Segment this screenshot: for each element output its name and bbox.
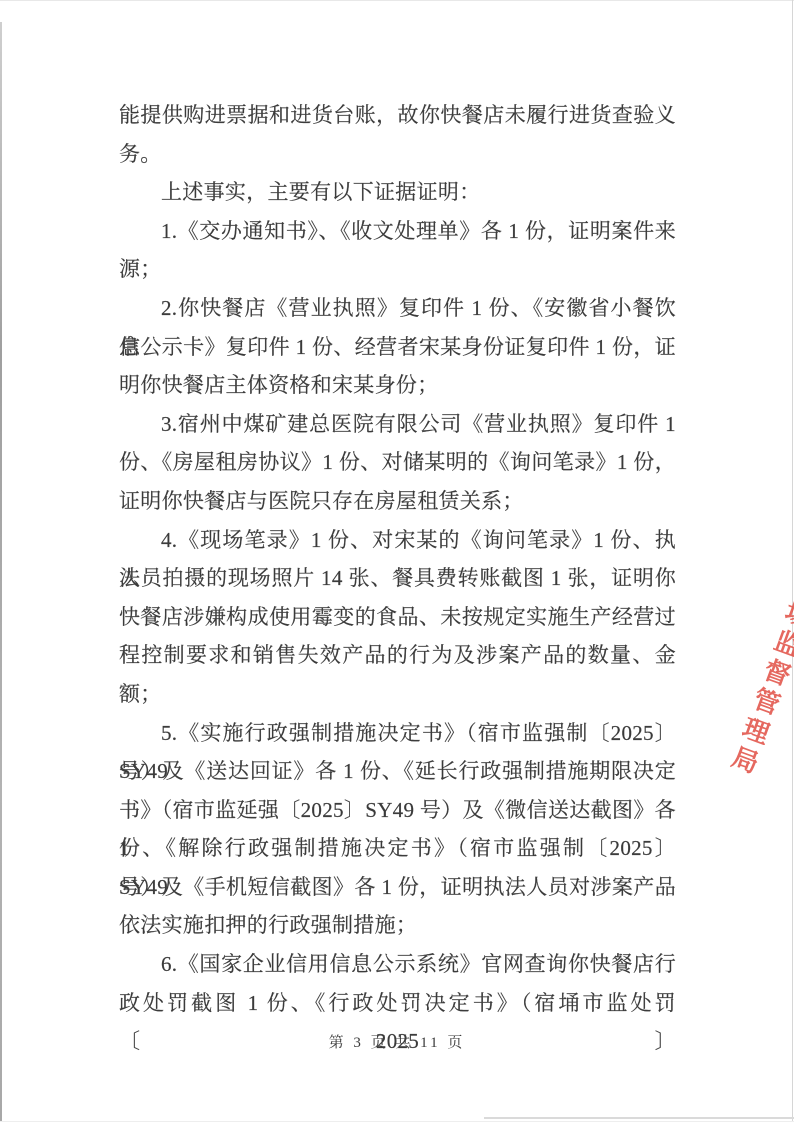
text-line: 5.《实施行政强制措施决定书》（宿市监强制〔2025〕SY49 — [119, 714, 676, 753]
text-line: 书》（宿市监延强〔2025〕SY49 号）及《微信送达截图》各 1 — [119, 791, 676, 830]
text-line: 份、《房屋租房协议》1 份、对储某明的《询问笔录》1 份， — [119, 443, 676, 482]
document-body: 能提供购进票据和进货台账，故你快餐店未履行进货查验义务。上述事实，主要有以下证据… — [119, 96, 676, 1022]
scan-edge-bottom — [484, 1117, 794, 1119]
text-line: 证明你快餐店与医院只存在房屋租赁关系； — [119, 482, 676, 521]
scan-edge-right — [792, 0, 793, 1122]
text-line: 快餐店涉嫌构成使用霉变的食品、未按规定实施生产经营过 — [119, 598, 676, 637]
scan-edge-left — [0, 22, 2, 1122]
text-line: 额； — [119, 675, 676, 714]
text-line: 2.你快餐店《营业执照》复印件 1 份、《安徽省小餐饮信 — [119, 289, 676, 328]
text-line: 依法实施扣押的行政强制措施； — [119, 906, 676, 945]
text-line: 份、《解除行政强制措施决定书》（宿市监强制〔2025〕SY49 — [119, 829, 676, 868]
text-line: 1.《交办通知书》、《收文处理单》各 1 份，证明案件来 — [119, 212, 676, 251]
text-line: 源； — [119, 250, 676, 289]
text-line: 息公示卡》复印件 1 份、经营者宋某身份证复印件 1 份，证 — [119, 328, 676, 367]
page-number-footer: 第 3 页 共 11 页 — [0, 1031, 794, 1052]
text-line: 号）及《送达回证》各 1 份、《延长行政强制措施期限决定 — [119, 752, 676, 791]
text-line: 上述事实，主要有以下证据证明： — [119, 173, 676, 212]
scan-edge-top — [0, 0, 794, 1]
text-line: 明你快餐店主体资格和宋某身份； — [119, 366, 676, 405]
text-line: 4.《现场笔录》1 份、对宋某的《询问笔录》1 份、执法 — [119, 521, 676, 560]
text-line: 务。 — [119, 135, 676, 174]
text-line: 6.《国家企业信用信息公示系统》官网查询你快餐店行 — [119, 945, 676, 984]
text-line: 政处罚截图 1 份、《行政处罚决定书》（宿埇市监处罚〔2025〕 — [119, 984, 676, 1023]
text-line: 程控制要求和销售失效产品的行为及涉案产品的数量、金 — [119, 636, 676, 675]
text-line: 3.宿州中煤矿建总医院有限公司《营业执照》复印件 1 — [119, 405, 676, 444]
scanned-document-page: 能提供购进票据和进货台账，故你快餐店未履行进货查验义务。上述事实，主要有以下证据… — [0, 0, 794, 1122]
red-seal-fragment: 宿州市市场监督管理局 — [725, 465, 794, 674]
text-line: 能提供购进票据和进货台账，故你快餐店未履行进货查验义 — [119, 96, 676, 135]
text-line: 人员拍摄的现场照片 14 张、餐具费转账截图 1 张，证明你 — [119, 559, 676, 598]
text-line: 号）及《手机短信截图》各 1 份，证明执法人员对涉案产品 — [119, 868, 676, 907]
